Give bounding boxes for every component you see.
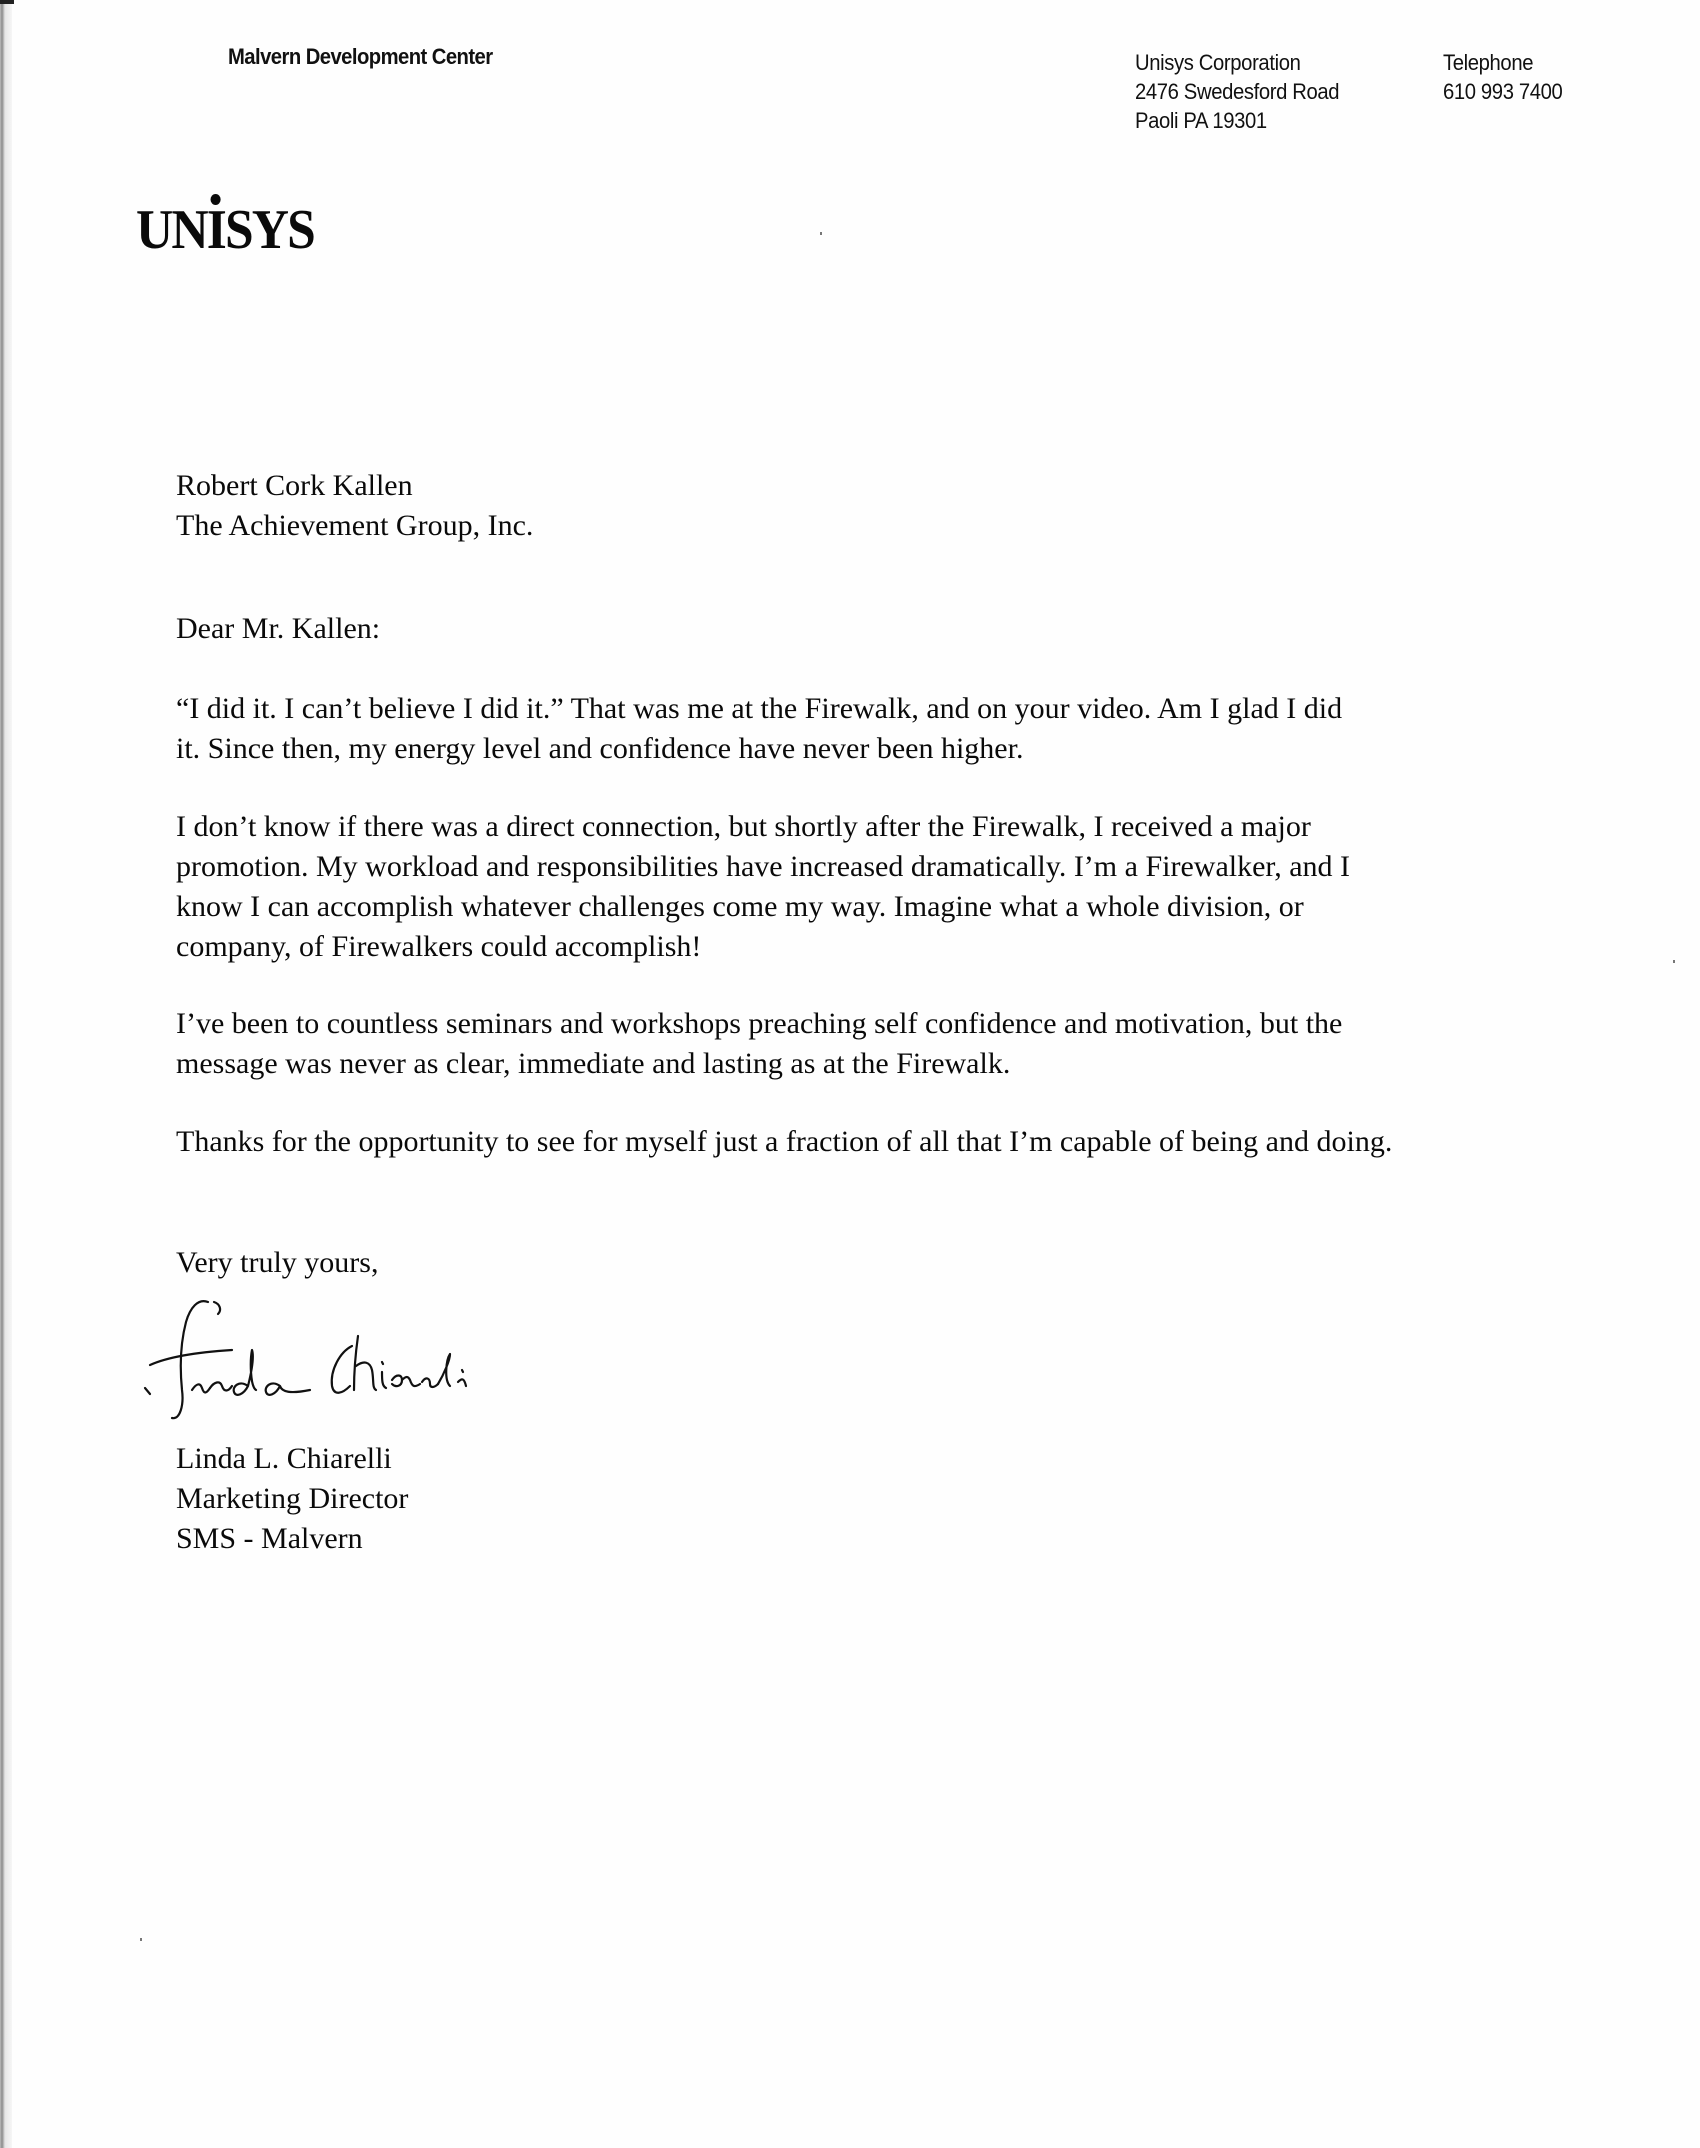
address-line: Unisys Corporation	[1135, 48, 1339, 77]
signature-icon	[140, 1290, 600, 1440]
scan-edge-shadow	[0, 0, 12, 2148]
scan-speck	[140, 1938, 142, 1941]
paragraph-3: I’ve been to countless seminars and work…	[176, 1004, 1342, 1084]
letterhead-division: Malvern Development Center	[228, 44, 493, 70]
recipient-company: The Achievement Group, Inc.	[176, 506, 533, 546]
paragraph-1: “I did it. I can’t believe I did it.” Th…	[176, 689, 1342, 769]
paragraph-line: know I can accomplish whatever challenge…	[176, 887, 1350, 927]
logo-prefix: UN	[136, 199, 207, 261]
unisys-logo: UNISYS	[136, 198, 314, 262]
address-line: Paoli PA 19301	[1135, 106, 1339, 135]
paragraph-4: Thanks for the opportunity to see for my…	[176, 1122, 1392, 1162]
scan-speck	[1673, 960, 1675, 963]
paragraph-line: message was never as clear, immediate an…	[176, 1044, 1342, 1084]
signatory-title: Marketing Director	[176, 1479, 408, 1519]
logo-dot-icon	[210, 194, 220, 205]
logo-letter-i: I	[207, 199, 225, 261]
telephone-number: 610 993 7400	[1443, 77, 1562, 106]
paragraph-line: Thanks for the opportunity to see for my…	[176, 1122, 1392, 1162]
recipient-block: Robert Cork Kallen The Achievement Group…	[176, 466, 533, 546]
letter-page: Malvern Development Center Unisys Corpor…	[0, 0, 1700, 2148]
logo-suffix: SYS	[225, 199, 314, 261]
paragraph-2: I don’t know if there was a direct conne…	[176, 807, 1350, 967]
letterhead-address: Unisys Corporation 2476 Swedesford Road …	[1135, 48, 1339, 135]
signatory-block: Linda L. Chiarelli Marketing Director SM…	[176, 1439, 408, 1559]
paragraph-line: company, of Firewalkers could accomplish…	[176, 927, 1350, 967]
closing: Very truly yours,	[176, 1243, 378, 1283]
logo-dotted-letter: I	[207, 198, 225, 262]
paragraph-line: “I did it. I can’t believe I did it.” Th…	[176, 689, 1342, 729]
signatory-unit: SMS - Malvern	[176, 1519, 408, 1559]
paragraph-line: I don’t know if there was a direct conne…	[176, 807, 1350, 847]
paragraph-line: I’ve been to countless seminars and work…	[176, 1004, 1342, 1044]
letterhead-telephone: Telephone 610 993 7400	[1443, 48, 1562, 106]
address-line: 2476 Swedesford Road	[1135, 77, 1339, 106]
salutation: Dear Mr. Kallen:	[176, 609, 380, 649]
paragraph-line: it. Since then, my energy level and conf…	[176, 729, 1342, 769]
paragraph-line: promotion. My workload and responsibilit…	[176, 847, 1350, 887]
telephone-label: Telephone	[1443, 48, 1562, 77]
scan-corner-mark	[0, 0, 14, 4]
scan-speck	[820, 232, 822, 235]
recipient-name: Robert Cork Kallen	[176, 466, 533, 506]
signatory-name: Linda L. Chiarelli	[176, 1439, 408, 1479]
